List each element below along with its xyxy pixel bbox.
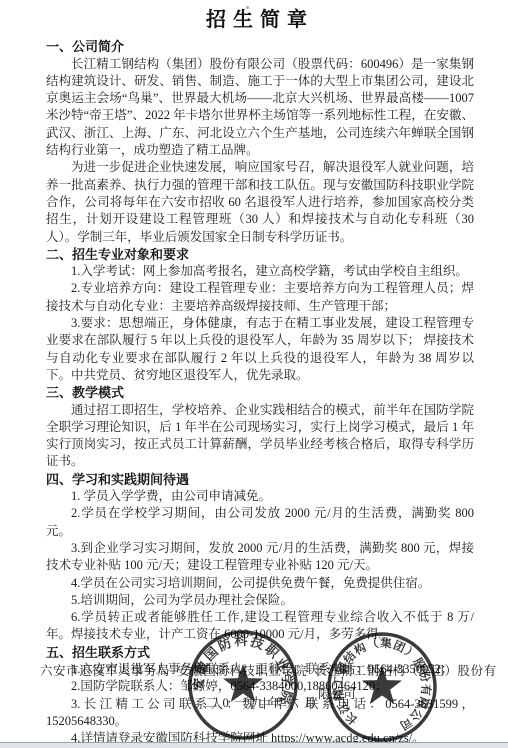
- list-item: 3.要求：思想端正，身体健康，有志于在精工事业发展，建设工程管理专业要求在部队履…: [46, 315, 474, 384]
- college-seal-stamp: 安徽国防科技职业学院: [185, 627, 301, 743]
- section-heading: 一、公司简介: [46, 38, 474, 55]
- section-heading: 三、教学模式: [46, 384, 474, 401]
- paragraph: 长江精工钢结构（集团）股份有限公司（股票代码：600496）是一家集钢结构建筑设…: [46, 56, 474, 160]
- section-teaching-mode: 三、教学模式 通过招工即招生，学校培养、企业实践相结合的模式，前半年在国防学院全…: [46, 384, 474, 470]
- section-study-benefits: 四、学习和实践期间待遇 1. 学员入学学费，由公司申请减免。 2.学员在学校学习…: [46, 471, 474, 644]
- paragraph: 通过招工即招生，学校培养、企业实践相结合的模式，前半年在国防学院全职学习理论知识…: [46, 402, 474, 471]
- company-seal-graphic: 长江精工钢结构（集团）股份有限公司: [324, 629, 440, 745]
- list-item: 2.专业培养方向：建设工程管理专业：主要培养方向为工程管理人员；焊接技术与自动化…: [46, 280, 474, 315]
- section-heading: 四、学习和实践期间待遇: [46, 471, 474, 488]
- list-item: 1. 学员入学学费，由公司申请减免。: [46, 488, 474, 505]
- page-title: 招生简章: [46, 12, 474, 29]
- window-bottom-edge: [0, 742, 508, 748]
- star-icon: [362, 666, 402, 704]
- college-seal-graphic: 安徽国防科技职业学院: [185, 627, 301, 743]
- list-item: 5.培训期间，公司为学员办理社会保险。: [46, 592, 474, 609]
- list-item: 3.到企业学习实习期间，发放 2000 元/月的生活费，满勤奖 800 元，焊接…: [46, 540, 474, 575]
- list-item: 4.学员在公司实习培训期间，公司提供免费午餐，免费提供住宿。: [46, 575, 474, 592]
- section-enrollment-requirements: 二、招生专业对象和要求 1.入学考试：网上参加高考报名，建立高校学籍，考试由学校…: [46, 246, 474, 384]
- star-icon: [223, 664, 263, 702]
- list-item: 2.学员在学校学习期间，由公司发放 2000 元/月的生活费，满勤奖 800 元…: [46, 505, 474, 540]
- paragraph: 为进一步促进企业快速发展，响应国家号召，解决退役军人就业问题，培养一批高素养、执…: [46, 159, 474, 245]
- section-heading: 二、招生专业对象和要求: [46, 246, 474, 263]
- company-seal-stamp: 长江精工钢结构（集团）股份有限公司: [324, 629, 440, 745]
- section-company-intro: 一、公司简介 长江精工钢结构（集团）股份有限公司（股票代码：600496）是一家…: [46, 38, 474, 246]
- list-item: 1.入学考试：网上参加高考报名，建立高校学籍，考试由学校自主组织。: [46, 263, 474, 280]
- scanned-document-page: { "title": "招生简章", "sections": [ { "head…: [0, 0, 508, 748]
